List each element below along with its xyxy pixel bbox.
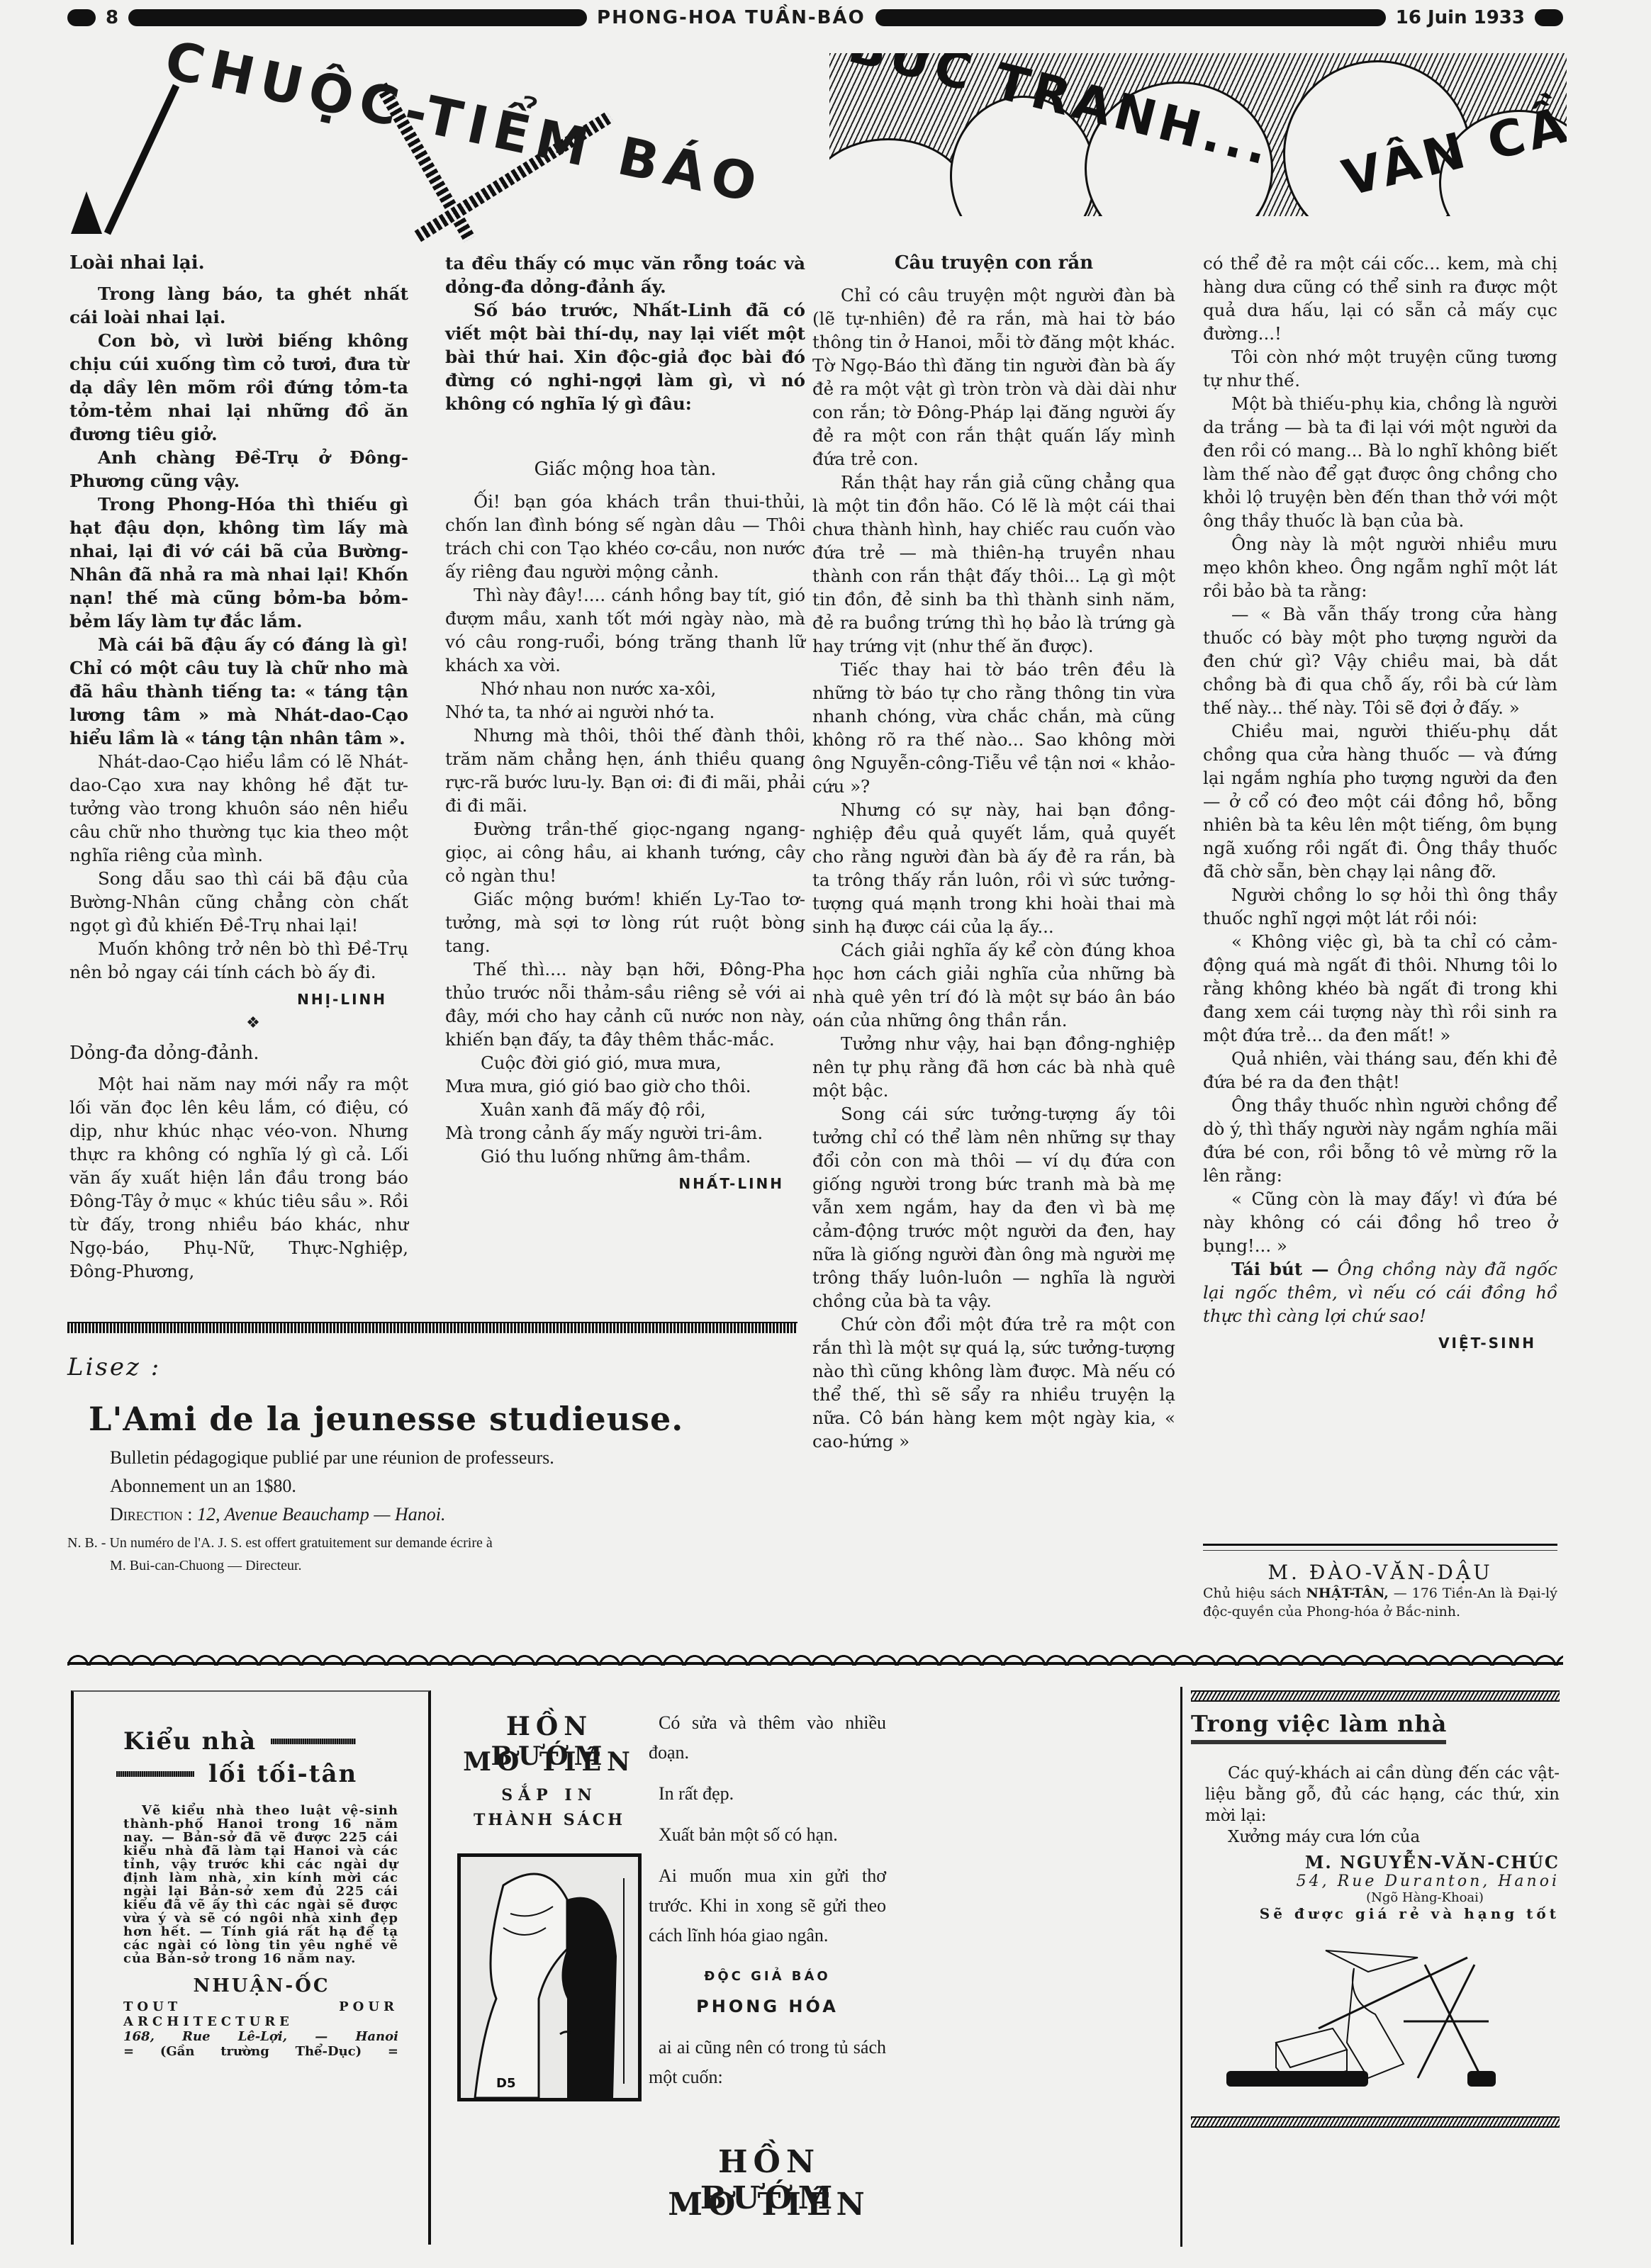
ad-kieu-nha: Kiểu nhà lối tối-tân Vẽ kiểu nhà theo lu…	[71, 1690, 431, 2245]
paragraph: Giấc mộng bướm! khiến Ly-Tao tơ-tưởng, m…	[445, 887, 805, 958]
ad-title: lối tối-tân	[116, 1760, 428, 1788]
business-address: 54, Rue Duranton, Hanoi	[1191, 1873, 1560, 1890]
ornament-icon: ❖	[69, 1011, 408, 1035]
carpenter-illustration	[1191, 1936, 1560, 2099]
ad-note: N. B. - Un numéro de l'A. J. S. est offe…	[67, 1534, 797, 1551]
artist-signature: D5	[496, 2076, 515, 2091]
page-number: 8	[106, 7, 118, 28]
banner-line	[104, 84, 179, 235]
paragraph: Người chồng lo sợ hỏi thì ông thầy thuốc…	[1203, 883, 1557, 930]
book-status: THÀNH SÁCH	[457, 1811, 642, 1829]
masthead-bar	[1535, 9, 1563, 26]
masthead-bar	[128, 9, 587, 26]
paragraph: Chứ còn đổi một đứa trẻ ra một con rắn t…	[812, 1313, 1175, 1453]
paragraph: Chỉ có câu truyện một người đàn bà (lẽ t…	[812, 283, 1175, 471]
paragraph: Rắn thật hay rắn giả cũng chẳng qua là m…	[812, 471, 1175, 658]
business-promo: Sẽ được giá rẻ và hạng tốt	[1191, 1905, 1560, 1922]
article-title: Câu truyện con rắn	[812, 252, 1175, 275]
column-divider	[1180, 1687, 1182, 2247]
paragraph: Tiếc thay hai tờ báo trên đều là những t…	[812, 658, 1175, 798]
hatched-rule	[1191, 1690, 1560, 1702]
section-banner-right: BỨC TRANH... VÂN CẦU	[829, 53, 1567, 216]
book-status: SẮP IN	[457, 1786, 642, 1804]
article-title: Loài nhai lại.	[69, 252, 408, 275]
paragraph: Con bò, vì lười biếng không chịu cúi xuố…	[69, 329, 408, 446]
verse-line: Gió thu luống những âm-thầm.	[445, 1145, 805, 1168]
ad-line: Abonnement un an 1$80.	[110, 1472, 797, 1500]
paragraph: Quả nhiên, vài tháng sau, đến khi đẻ đứa…	[1203, 1047, 1557, 1094]
ad-lami-jeunesse: Lisez : L'Ami de la jeunesse studieuse. …	[67, 1322, 797, 1605]
paragraph: Một hai năm nay mới nẩy ra một lối văn đ…	[69, 1072, 408, 1283]
ad-title: Kiểu nhà	[123, 1727, 428, 1756]
article-title: Giấc mộng hoa tàn.	[445, 458, 805, 481]
paragraph: Anh chàng Đề-Trụ ở Đông-Phương cũng vậy.	[69, 446, 408, 493]
paragraph: Đường trần-thế giọc-ngang ngang-giọc, ai…	[445, 817, 805, 887]
paragraph: Mà cái bã đậu ấy có đáng là gì! Chỉ có m…	[69, 633, 408, 750]
ad-trong-viec-lam-nha: Trong việc làm nhà Các quý-khách ai cần …	[1191, 1690, 1560, 2250]
paragraph: Ối! bạn góa khách trần thui-thủi, chốn l…	[445, 490, 805, 583]
ad-hon-buom-mo-tien: HỒN BƯỚM MƠ TIÊN SẮP IN THÀNH SÁCH D5 Có…	[443, 1690, 1166, 2250]
paragraph: có thể đẻ ra một cái cốc... kem, mà chị …	[1203, 252, 1557, 345]
paragraph: « Cũng còn là may đấy! vì đứa bé này khô…	[1203, 1187, 1557, 1257]
woman-portrait-icon: D5	[461, 1857, 638, 2098]
illustration-frame: D5	[457, 1853, 642, 2101]
ad-title: Trong việc làm nhà	[1191, 1710, 1560, 1737]
paragraph: Cách giải nghĩa ấy kể còn đúng khoa học …	[812, 938, 1175, 1032]
business-location: (Ngõ Hàng-Khoai)	[1191, 1890, 1560, 1905]
paragraph: Ông này là một người nhiều mưu mẹo khôn …	[1203, 532, 1557, 602]
paragraph: Trong làng báo, ta ghét nhất cái loài nh…	[69, 282, 408, 329]
business-owner: M. NGUYỄN-VĂN-CHÚC	[1191, 1852, 1560, 1873]
paragraph: « Không việc gì, bà ta chỉ có cảm-động q…	[1203, 930, 1557, 1047]
triangle-ornament-icon	[71, 191, 102, 234]
postscript: Tái bút — Ông chồng này đã ngốc lại ngốc…	[1203, 1257, 1557, 1327]
verse-line: Nhớ nhau non nước xa-xôi,	[445, 677, 805, 700]
column-3: Câu truyện con rắn Chỉ có câu truyện một…	[812, 252, 1175, 1453]
article-body: Trong làng báo, ta ghét nhất cái loài nh…	[69, 282, 408, 750]
signature: VIỆT-SINH	[1203, 1332, 1557, 1355]
paragraph: Tưởng như vậy, hai bạn đồng-nghiệp nên t…	[812, 1032, 1175, 1102]
title-underline	[1191, 1740, 1446, 1744]
firm-address: 168, Rue Lê-Lợi, — Hanoi	[123, 2029, 398, 2044]
paragraph: ta đều thấy có mục văn rỗng toác và dỏng…	[445, 252, 805, 298]
signature: NHỊ-LINH	[69, 988, 408, 1011]
verse-line: Mưa mưa, gió gió bao giờ cho thôi.	[445, 1074, 805, 1098]
book-title: MƠ TIÊN	[457, 1747, 642, 1777]
paragraph: — « Bà vẫn thấy trong cửa hàng thuốc có …	[1203, 602, 1557, 719]
article-title: Dỏng-đa dỏng-đảnh.	[69, 1042, 408, 1065]
paragraph: Song cái sức tưởng-tượng ấy tôi tưởng ch…	[812, 1102, 1175, 1313]
newspaper-title: PHONG-HOA TUẦN-BÁO	[597, 7, 866, 28]
hatched-rule	[67, 1322, 797, 1333]
firm-tagline: TOUT POUR ARCHITECTURE	[123, 1999, 398, 2029]
paragraph: Thế thì.... này bạn hỡi, Đông-Pha thủo t…	[445, 958, 805, 1051]
paragraph: Nhưng mà thôi, thôi thế đành thôi, trăm …	[445, 724, 805, 817]
postscript-label: Tái bút —	[1231, 1259, 1328, 1279]
paragraph: Song dẫu sao thì cái bã đậu của Bường-Nh…	[69, 867, 408, 937]
paragraph: Nhát-dao-Cạo hiểu lầm có lẽ Nhát-dao-Cạo…	[69, 750, 408, 867]
column-2: ta đều thấy có mục văn rỗng toác và dỏng…	[445, 252, 805, 1196]
paragraph: Một bà thiếu-phụ kia, chồng là người da …	[1203, 392, 1557, 532]
paragraph: Muốn không trở nên bò thì Đề-Trụ nên bỏ …	[69, 937, 408, 984]
column-4: có thể đẻ ra một cái cốc... kem, mà chị …	[1203, 252, 1557, 1355]
divider	[1203, 1544, 1557, 1551]
banner-title-left: CHUỘC-TIỂM BÁO	[159, 30, 768, 216]
verse-line: Cuộc đời gió gió, mưa mưa,	[445, 1051, 805, 1074]
divider-line	[67, 1662, 1563, 1665]
ad-direction: Direction : 12, Avenue Beauchamp — Hanoi…	[110, 1500, 797, 1529]
ad-info: Chủ hiệu sách NHẬT-TÂN, — 176 Tiền-An là…	[1203, 1584, 1557, 1621]
paragraph: Nhưng có sự này, hai bạn đồng-nghiệp đều…	[812, 798, 1175, 938]
verse-line: Xuân xanh đã mấy độ rồi,	[445, 1098, 805, 1121]
paragraph: Trong Phong-Hóa thì thiếu gì hạt đậu dọn…	[69, 493, 408, 633]
ad-dao-van-dau: M. ĐÀO-VĂN-DẬU Chủ hiệu sách NHẬT-TÂN, —…	[1203, 1544, 1557, 1621]
decorative-rule	[116, 1771, 194, 1777]
cloud-icon	[829, 138, 968, 216]
book-title-footer: MƠ TIÊN	[649, 2186, 890, 2223]
masthead: 8 PHONG-HOA TUẦN-BÁO 16 Juin 1933	[67, 6, 1563, 30]
decorative-rule	[271, 1739, 356, 1744]
ad-body: Vẽ kiểu nhà theo luật vệ-sinh thành-phố …	[123, 1804, 398, 1965]
ad-name: M. ĐÀO-VĂN-DẬU	[1203, 1561, 1557, 1584]
paragraph: Chiều mai, người thiếu-phụ dắt chồng qua…	[1203, 719, 1557, 883]
masthead-bar	[875, 9, 1386, 26]
ad-line: Bulletin pédagogique publié par une réun…	[110, 1444, 797, 1472]
issue-date: 16 Juin 1933	[1396, 7, 1525, 28]
paragraph: Tôi còn nhớ một truyện cũng tương tự như…	[1203, 345, 1557, 392]
hatched-rule	[1191, 2116, 1560, 2128]
firm-location: = (Gần trường Thể-Dục) =	[123, 2044, 398, 2059]
masthead-bar	[67, 9, 96, 26]
section-banner-left: CHUỘC-TIỂM BÁO	[67, 50, 797, 248]
ad-prefix: Lisez :	[67, 1353, 797, 1381]
firm-name: NHUẬN-ỐC	[123, 1975, 400, 1997]
ad-text: Có sửa và thêm vào nhiều đoạn. In rất đẹ…	[649, 1708, 886, 2104]
paragraph: Thì này đây!.... cánh hồng bay tít, gió …	[445, 583, 805, 677]
column-1: Loài nhai lại. Trong làng báo, ta ghét n…	[69, 252, 408, 1283]
ad-title: L'Ami de la jeunesse studieuse.	[89, 1400, 797, 1438]
paragraph: Số báo trước, Nhất-Linh đã có viết một b…	[445, 298, 805, 415]
sawyer-icon	[1191, 1936, 1560, 2099]
ad-note: M. Bui-can-Chuong — Directeur.	[110, 1557, 797, 1574]
verse-line: Mà trong cảnh ấy mấy người tri-âm.	[445, 1121, 805, 1145]
signature: NHẤT-LINH	[445, 1172, 805, 1196]
verse-line: Nhớ ta, ta nhớ ai người nhớ ta.	[445, 700, 805, 724]
paragraph: Ông thầy thuốc nhìn người chồng để dò ý,…	[1203, 1094, 1557, 1187]
ad-body: Các quý-khách ai cần dùng đến các vật-li…	[1205, 1763, 1560, 1848]
